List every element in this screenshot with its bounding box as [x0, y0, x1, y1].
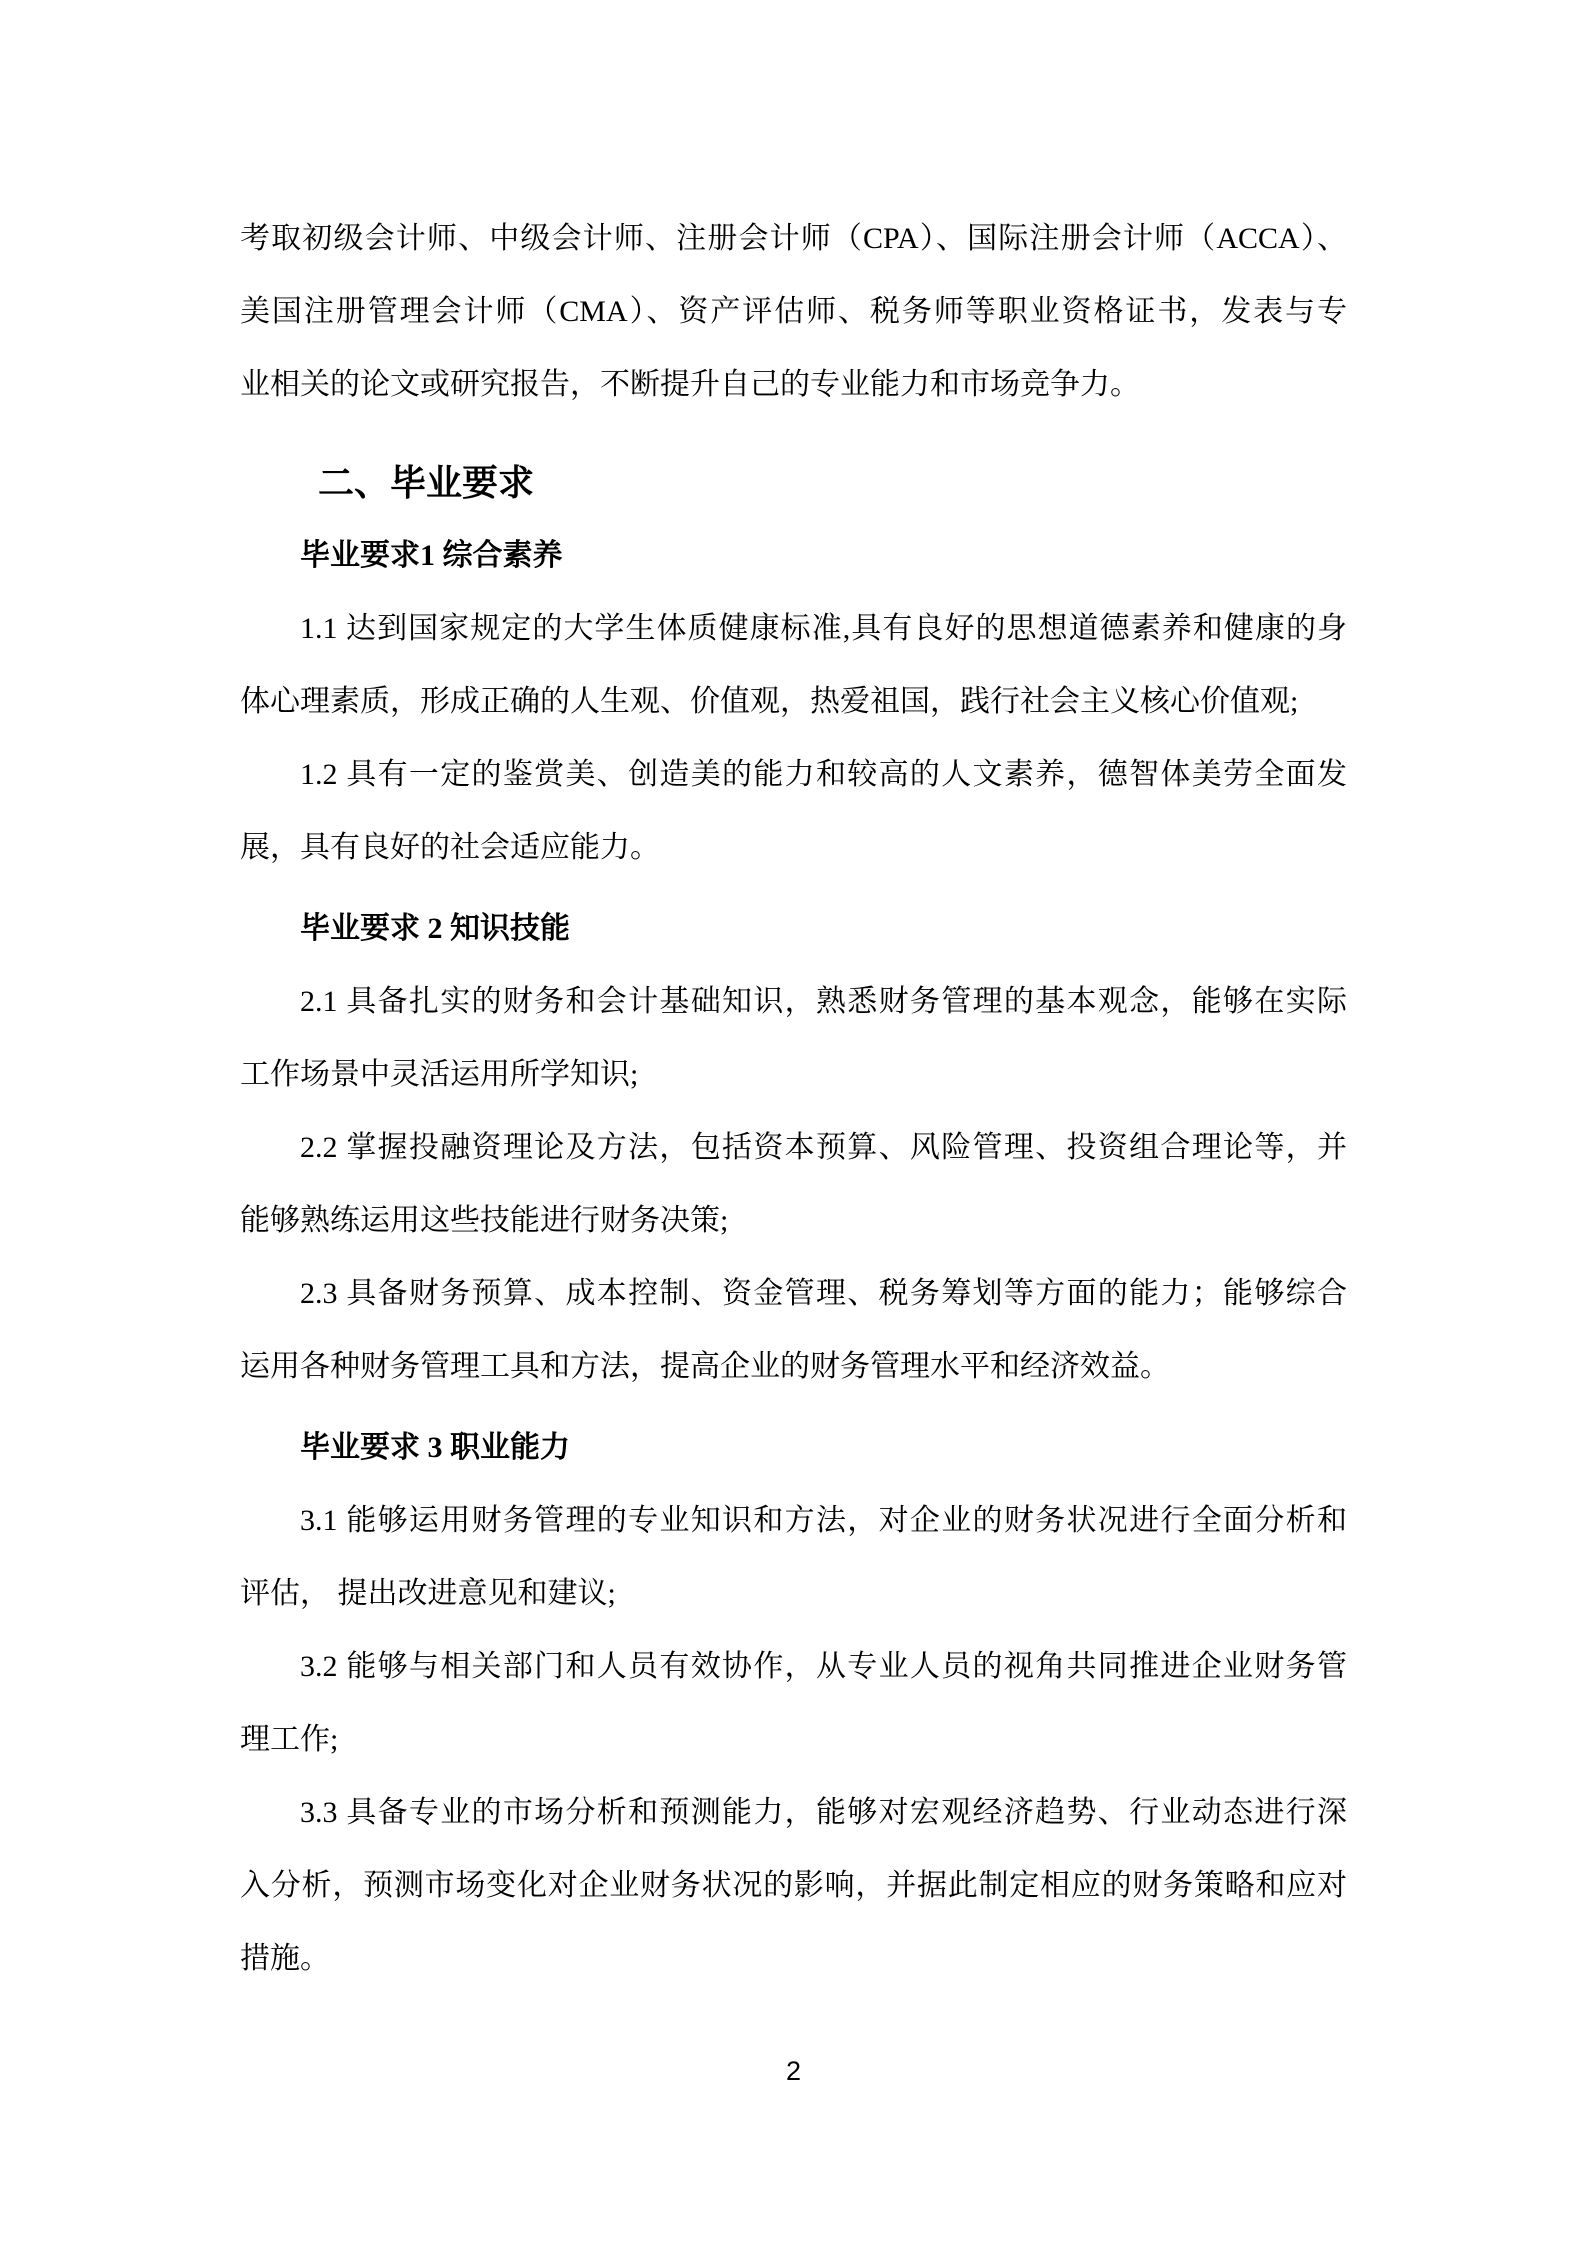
- text-line: 3.1 能够运用财务管理的专业知识和方法，对企业的财务状况进行全面分析和: [240, 1484, 1347, 1557]
- text-line: 措施。: [240, 1922, 1347, 1995]
- paragraph-continued: 考取初级会计师、中级会计师、注册会计师（CPA）、国际注册会计师（ACCA）、美…: [240, 202, 1347, 421]
- subsection-heading: 毕业要求1 综合素养: [240, 519, 1347, 592]
- paragraph: 3.2 能够与相关部门和人员有效协作，从专业人员的视角共同推进企业财务管理工作;: [240, 1630, 1347, 1776]
- section-heading: 二、毕业要求: [240, 455, 1347, 511]
- document-page: 考取初级会计师、中级会计师、注册会计师（CPA）、国际注册会计师（ACCA）、美…: [0, 0, 1587, 2245]
- text-line: 2.3 具备财务预算、成本控制、资金管理、税务筹划等方面的能力；能够综合: [240, 1257, 1347, 1330]
- text-line: 评估， 提出改进意见和建议;: [240, 1557, 1347, 1630]
- subsection-heading: 毕业要求 2 知识技能: [240, 892, 1347, 965]
- text-line: 运用各种财务管理工具和方法，提高企业的财务管理水平和经济效益。: [240, 1330, 1347, 1403]
- text-line: 能够熟练运用这些技能进行财务决策;: [240, 1184, 1347, 1257]
- text-line: 3.2 能够与相关部门和人员有效协作，从专业人员的视角共同推进企业财务管: [240, 1630, 1347, 1703]
- paragraph: 3.1 能够运用财务管理的专业知识和方法，对企业的财务状况进行全面分析和评估， …: [240, 1484, 1347, 1630]
- subsection-heading: 毕业要求 3 职业能力: [240, 1411, 1347, 1484]
- text-line: 体心理素质，形成正确的人生观、价值观，热爱祖国，践行社会主义核心价值观;: [240, 665, 1347, 738]
- text-line: 考取初级会计师、中级会计师、注册会计师（CPA）、国际注册会计师（ACCA）、: [240, 202, 1347, 275]
- text-line: 1.1 达到国家规定的大学生体质健康标准,具有良好的思想道德素养和健康的身: [240, 592, 1347, 665]
- paragraph: 1.1 达到国家规定的大学生体质健康标准,具有良好的思想道德素养和健康的身体心理…: [240, 592, 1347, 738]
- text-line: 展，具有良好的社会适应能力。: [240, 811, 1347, 884]
- paragraph: 1.2 具有一定的鉴赏美、创造美的能力和较高的人文素养，德智体美劳全面发展，具有…: [240, 738, 1347, 884]
- paragraph: 2.2 掌握投融资理论及方法，包括资本预算、风险管理、投资组合理论等，并能够熟练…: [240, 1111, 1347, 1257]
- text-line: 2.2 掌握投融资理论及方法，包括资本预算、风险管理、投资组合理论等，并: [240, 1111, 1347, 1184]
- text-line: 工作场景中灵活运用所学知识;: [240, 1038, 1347, 1111]
- text-line: 理工作;: [240, 1703, 1347, 1776]
- text-line: 3.3 具备专业的市场分析和预测能力，能够对宏观经济趋势、行业动态进行深: [240, 1776, 1347, 1849]
- page-number: 2: [0, 2056, 1587, 2087]
- text-line: 美国注册管理会计师（CMA）、资产评估师、税务师等职业资格证书，发表与专: [240, 275, 1347, 348]
- text-line: 2.1 具备扎实的财务和会计基础知识，熟悉财务管理的基本观念，能够在实际: [240, 965, 1347, 1038]
- text-line: 业相关的论文或研究报告，不断提升自己的专业能力和市场竞争力。: [240, 348, 1347, 421]
- paragraph: 2.1 具备扎实的财务和会计基础知识，熟悉财务管理的基本观念，能够在实际工作场景…: [240, 965, 1347, 1111]
- text-line: 1.2 具有一定的鉴赏美、创造美的能力和较高的人文素养，德智体美劳全面发: [240, 738, 1347, 811]
- paragraph: 3.3 具备专业的市场分析和预测能力，能够对宏观经济趋势、行业动态进行深入分析，…: [240, 1776, 1347, 1995]
- paragraph: 2.3 具备财务预算、成本控制、资金管理、税务筹划等方面的能力；能够综合运用各种…: [240, 1257, 1347, 1403]
- document-content: 考取初级会计师、中级会计师、注册会计师（CPA）、国际注册会计师（ACCA）、美…: [0, 0, 1587, 1995]
- text-line: 入分析，预测市场变化对企业财务状况的影响，并据此制定相应的财务策略和应对: [240, 1849, 1347, 1922]
